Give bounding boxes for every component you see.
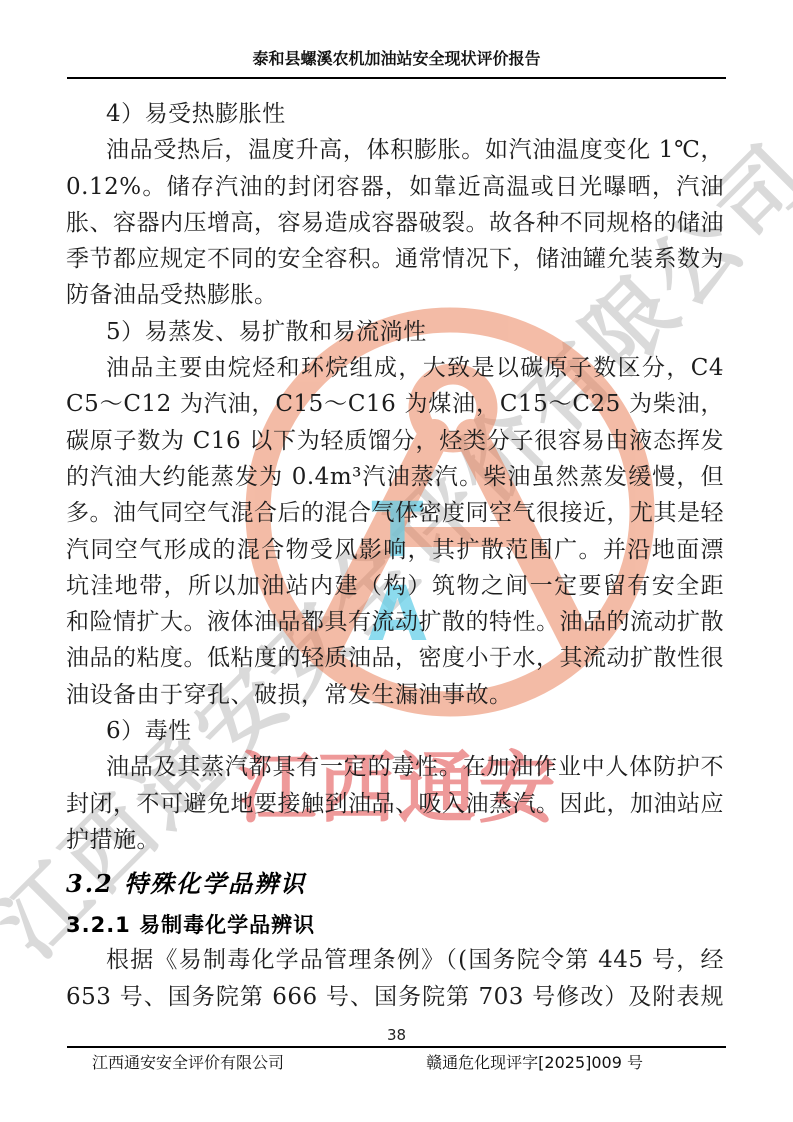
text-line: 汽同空气形成的混合物受风影响，其扩散范围广。并沿地面漂移，易积聚在: [66, 532, 724, 568]
text-line: 碳原子数为 C16 以下为轻质馏分，烃类分子很容易由液态挥发成气态。1kg: [66, 423, 724, 459]
text-line: 油品及其蒸汽都具有一定的毒性。在加油作业中人体防护不可能达到全: [66, 749, 724, 785]
text-line: 根据《易制毒化学品管理条例》（(国务院令第 445 号，经国务院令第: [66, 942, 724, 978]
text-line: 封闭，不可避免地要接触到油品、吸入油蒸汽。因此，加油站应加强防毒保: [66, 786, 724, 822]
text-line: 5）易蒸发、易扩散和易流淌性: [66, 314, 724, 350]
header-rule: [67, 77, 726, 79]
text-line: C5～C12 为汽油，C15～C16 为煤油，C15～C25 为柴油，C20～C…: [66, 386, 724, 422]
text-line: 油品受热后，温度升高，体积膨胀。如汽油温度变化 1℃，其体积变化: [66, 132, 724, 168]
text-line: 油品主要由烷烃和环烷组成，大致是以碳原子数区分，C4 以下为气体，: [66, 350, 724, 386]
text-line: 6）毒性: [66, 713, 724, 749]
footer-row: 江西通安安全评价有限公司 赣通危化现评字[2025]009 号: [0, 1050, 793, 1072]
text-line: 胀、容器内压增高，容易造成容器破裂。故各种不同规格的储油容器，不同: [66, 205, 724, 241]
text-line: 季节都应规定不同的安全容积。通常情况下，储油罐允装系数为 0.92～0.95，: [66, 241, 724, 277]
text-line: 坑洼地带，所以加油站内建（构）筑物之间一定要留有安全距离，以防火灾: [66, 568, 724, 604]
document-body: 4）易受热膨胀性油品受热后，温度升高，体积膨胀。如汽油温度变化 1℃，其体积变化…: [66, 96, 724, 1015]
text-line: 和险情扩大。液体油品都具有流动扩散的特性。油品的流动扩散能力取决于: [66, 604, 724, 640]
text-line: 油设备由于穿孔、破损，常发生漏油事故。: [66, 677, 724, 713]
footer-rule: [67, 1046, 726, 1048]
text-line: 4）易受热膨胀性: [66, 96, 724, 132]
text-line: 护措施。: [66, 822, 724, 858]
document-page: 江西通安安全评价有限公司 T A 江西通安 泰和县螺溪农机加油站安全现状评价报告…: [0, 0, 793, 1122]
text-line: 防备油品受热膨胀。: [66, 277, 724, 313]
footer-doc-number: 赣通危化现评字[2025]009 号: [426, 1050, 643, 1073]
footer-company: 江西通安安全评价有限公司: [92, 1050, 284, 1073]
text-line: 的汽油大约能蒸发为 0.4m³汽油蒸汽。柴油虽然蒸发缓慢，但比水蒸发快得: [66, 459, 724, 495]
text-line: 0.12%。储存汽油的封闭容器，如靠近高温或日光曝晒，汽油会产生受热膨: [66, 169, 724, 205]
text-line: 油品的粘度。低粘度的轻质油品，密度小于水，其流动扩散性很强。因此储: [66, 640, 724, 676]
section-heading: 3.2 特殊化学品辨识: [66, 858, 724, 902]
section-heading: 3.2.1 易制毒化学品辨识: [66, 902, 724, 942]
text-line: 多。油气同空气混合后的混合气体密度同空气很接近，尤其是轻质油品的蒸: [66, 495, 724, 531]
text-line: 653 号、国务院第 666 号、国务院第 703 号修改）及附表规定、中华人民…: [66, 979, 724, 1015]
page-header: 泰和县螺溪农机加油站安全现状评价报告: [0, 0, 793, 79]
report-title: 泰和县螺溪农机加油站安全现状评价报告: [0, 46, 793, 69]
page-number: 38: [0, 1026, 793, 1044]
